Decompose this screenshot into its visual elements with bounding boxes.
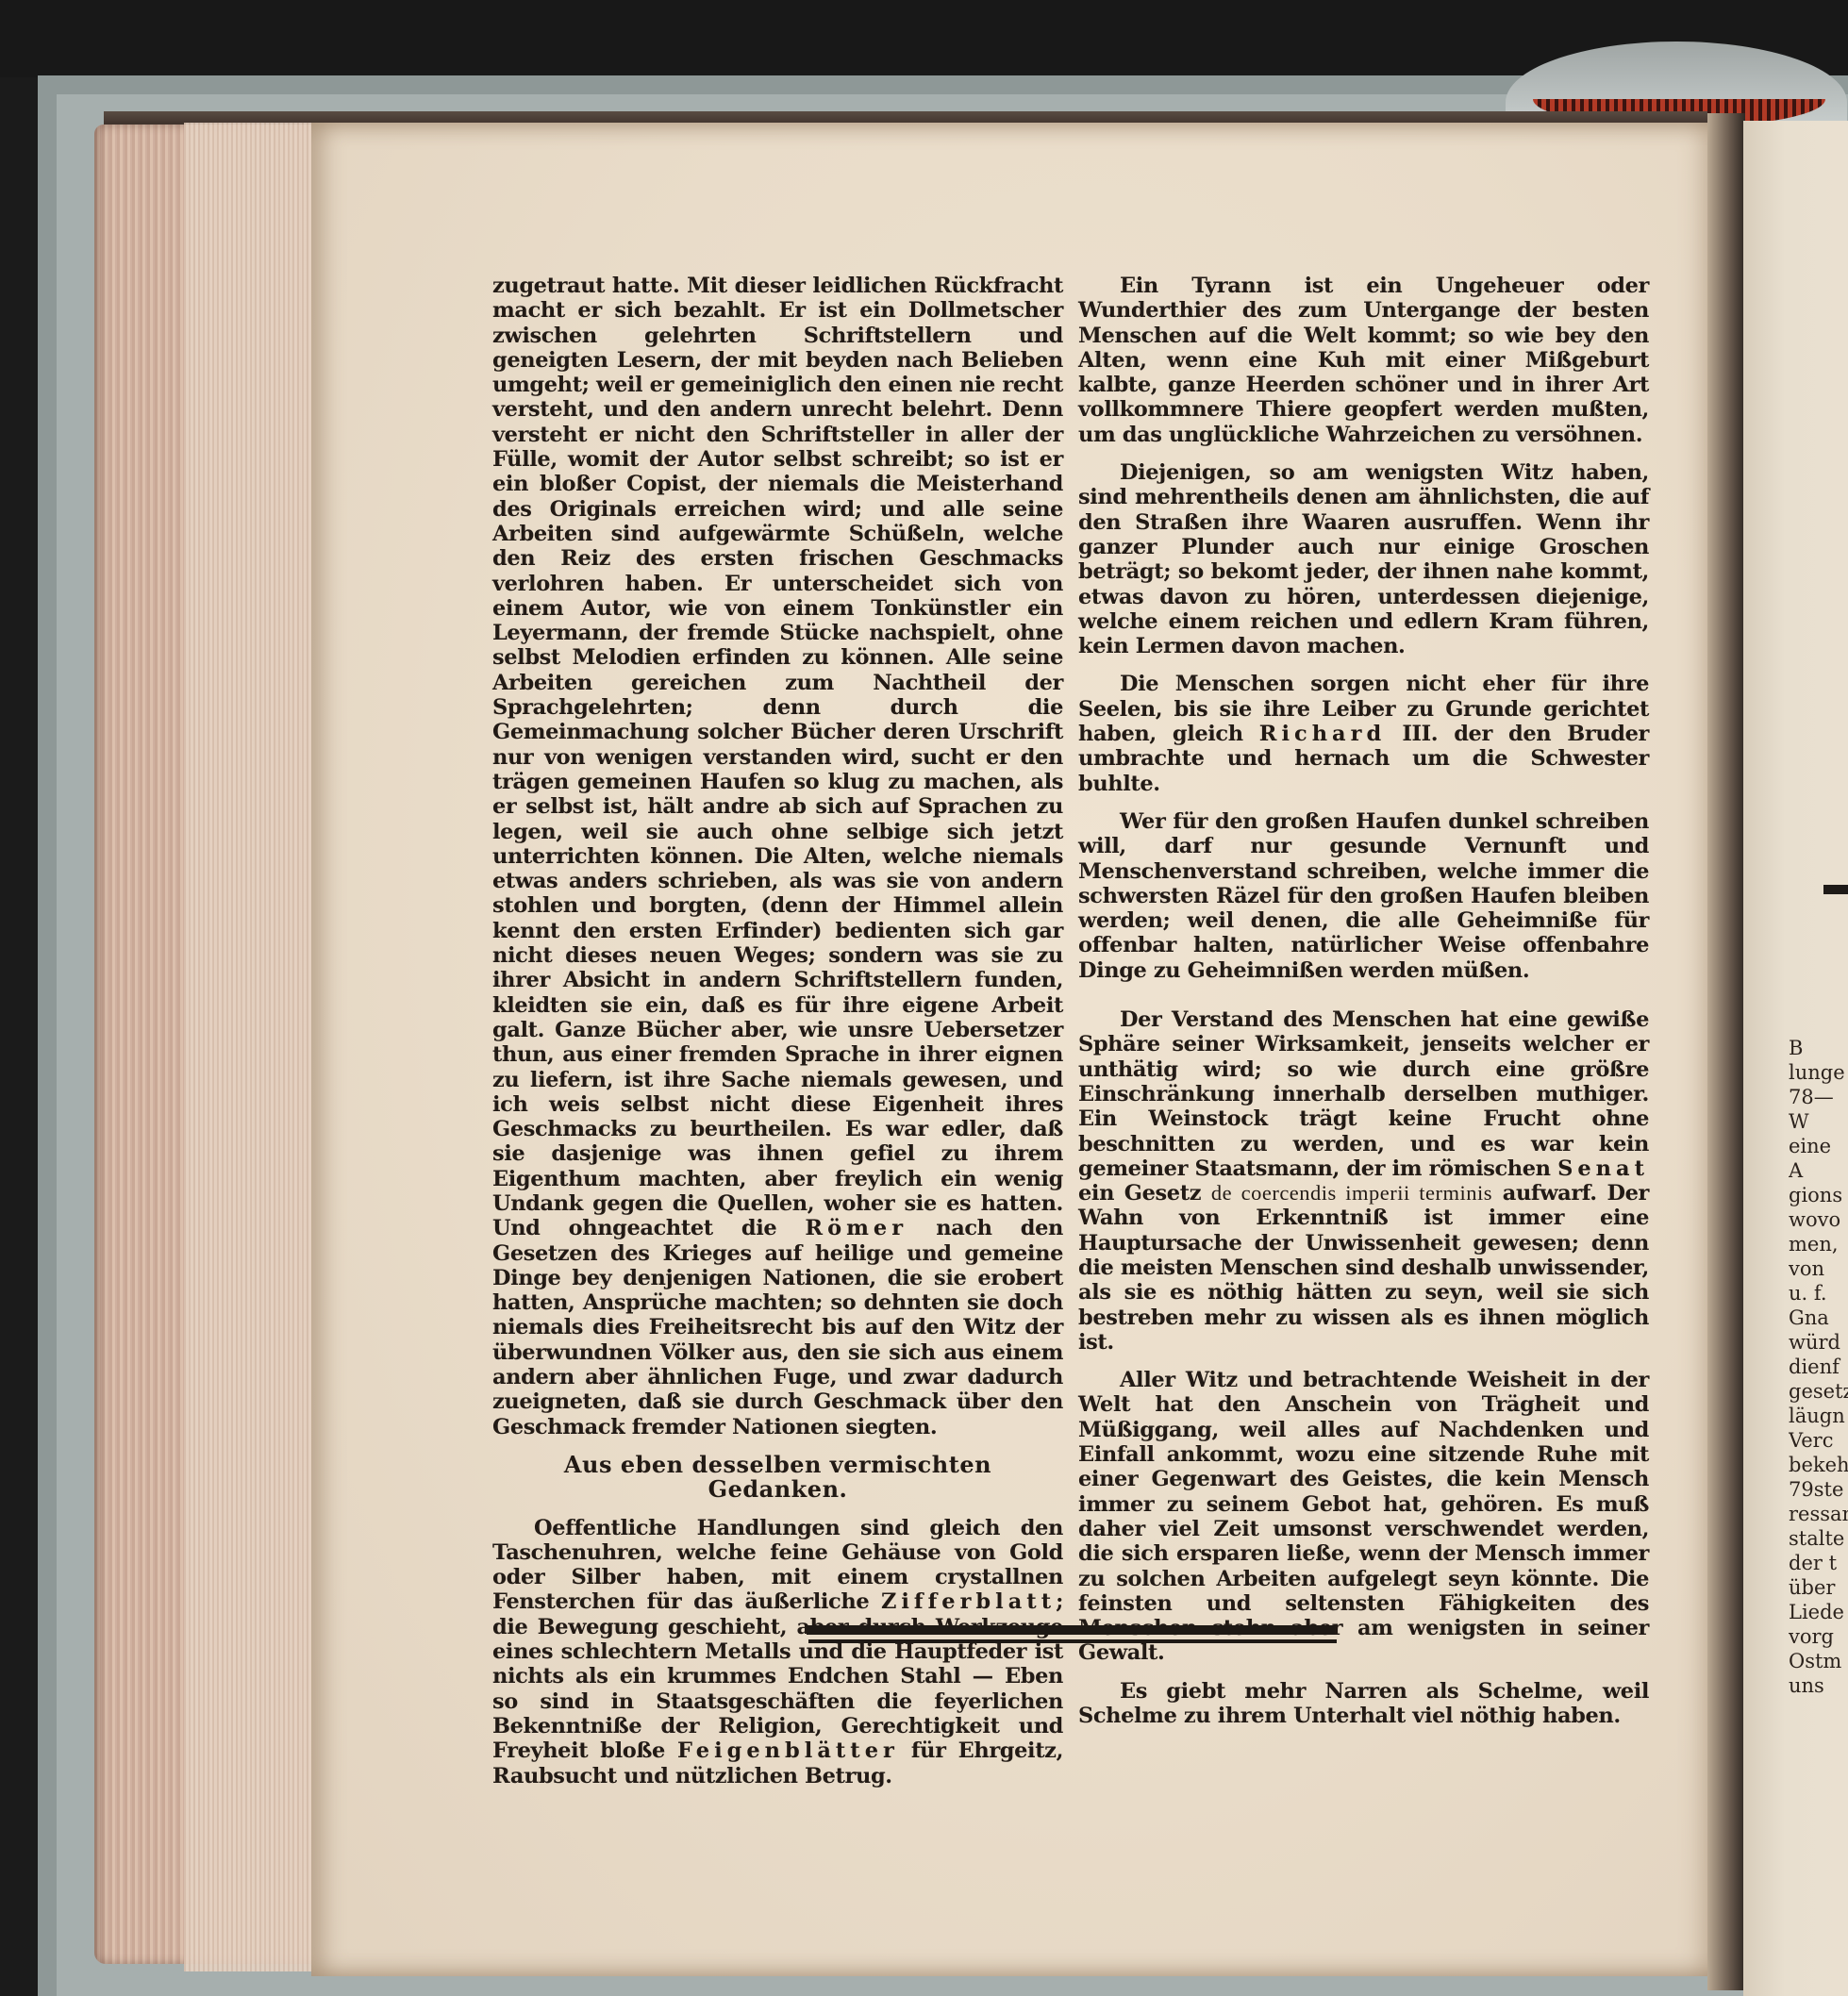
paragraph-text: zugetraut hatte. Mit dieser leidlichen R… <box>492 274 1063 1240</box>
paragraph-tyrant: Ein Tyrann ist ein Ungeheuer oder Wunder… <box>1078 274 1649 447</box>
paragraph-text: Der Verstand des Menschen hat eine gewiß… <box>1078 1007 1649 1181</box>
latin-phrase: de coercendis imperii terminis <box>1211 1181 1492 1205</box>
spaced-emphasis: Feigenblätter <box>677 1738 899 1763</box>
paragraph-understanding: Der Verstand des Menschen hat eine gewiß… <box>1078 1007 1649 1355</box>
paragraph-wisdom: Aller Witz und betrachtende Weisheit in … <box>1078 1368 1649 1666</box>
section-heading: Aus eben desselben vermischten Gedanken. <box>492 1453 1063 1503</box>
spaced-emphasis: Senat <box>1557 1156 1649 1181</box>
left-column: zugetraut hatte. Mit dieser leidlichen R… <box>492 274 1063 1788</box>
paragraph-text: ; die Bewegung geschieht, aber durch Wer… <box>492 1589 1063 1763</box>
paragraph-translator: zugetraut hatte. Mit dieser leidlichen R… <box>492 274 1063 1439</box>
page-edges-inner <box>184 123 325 1971</box>
paragraph-text: nach den Gesetzen des Krieges auf heilig… <box>492 1216 1063 1439</box>
paragraph-fools: Es giebt mehr Narren als Schelme, weil S… <box>1078 1679 1649 1729</box>
spaced-emphasis: Richard <box>1259 722 1386 746</box>
paragraph-souls: Die Menschen sorgen nicht eher für ihre … <box>1078 672 1649 795</box>
adjacent-page-text-fragment: B lunge 78— W eine A gions wovo men, von… <box>1789 1036 1848 1698</box>
spaced-emphasis: Römer <box>805 1216 907 1240</box>
adjacent-page-rule <box>1823 885 1848 894</box>
decorative-double-rule <box>807 1625 1335 1646</box>
rule-thin <box>808 1639 1337 1643</box>
paragraph-wit: Diejenigen, so am wenigsten Witz haben, … <box>1078 460 1649 658</box>
spaced-emphasis: Zifferblatt <box>881 1589 1056 1614</box>
paragraph-dark-writing: Wer für den großen Haufen dunkel schreib… <box>1078 809 1649 983</box>
rule-thick <box>807 1625 1335 1635</box>
paragraph-text: aufwarf. Der Wahn von Erkenntniß ist imm… <box>1078 1181 1649 1355</box>
paragraph-pocket-watches: Oeffentliche Handlungen sind gleich den … <box>492 1516 1063 1788</box>
adjacent-page: B lunge 78— W eine A gions wovo men, von… <box>1743 121 1848 1996</box>
paragraph-text: ein Gesetz <box>1078 1181 1211 1206</box>
gutter-shadow <box>1707 113 1745 1990</box>
right-column: Ein Tyrann ist ein Ungeheuer oder Wunder… <box>1078 274 1649 1728</box>
